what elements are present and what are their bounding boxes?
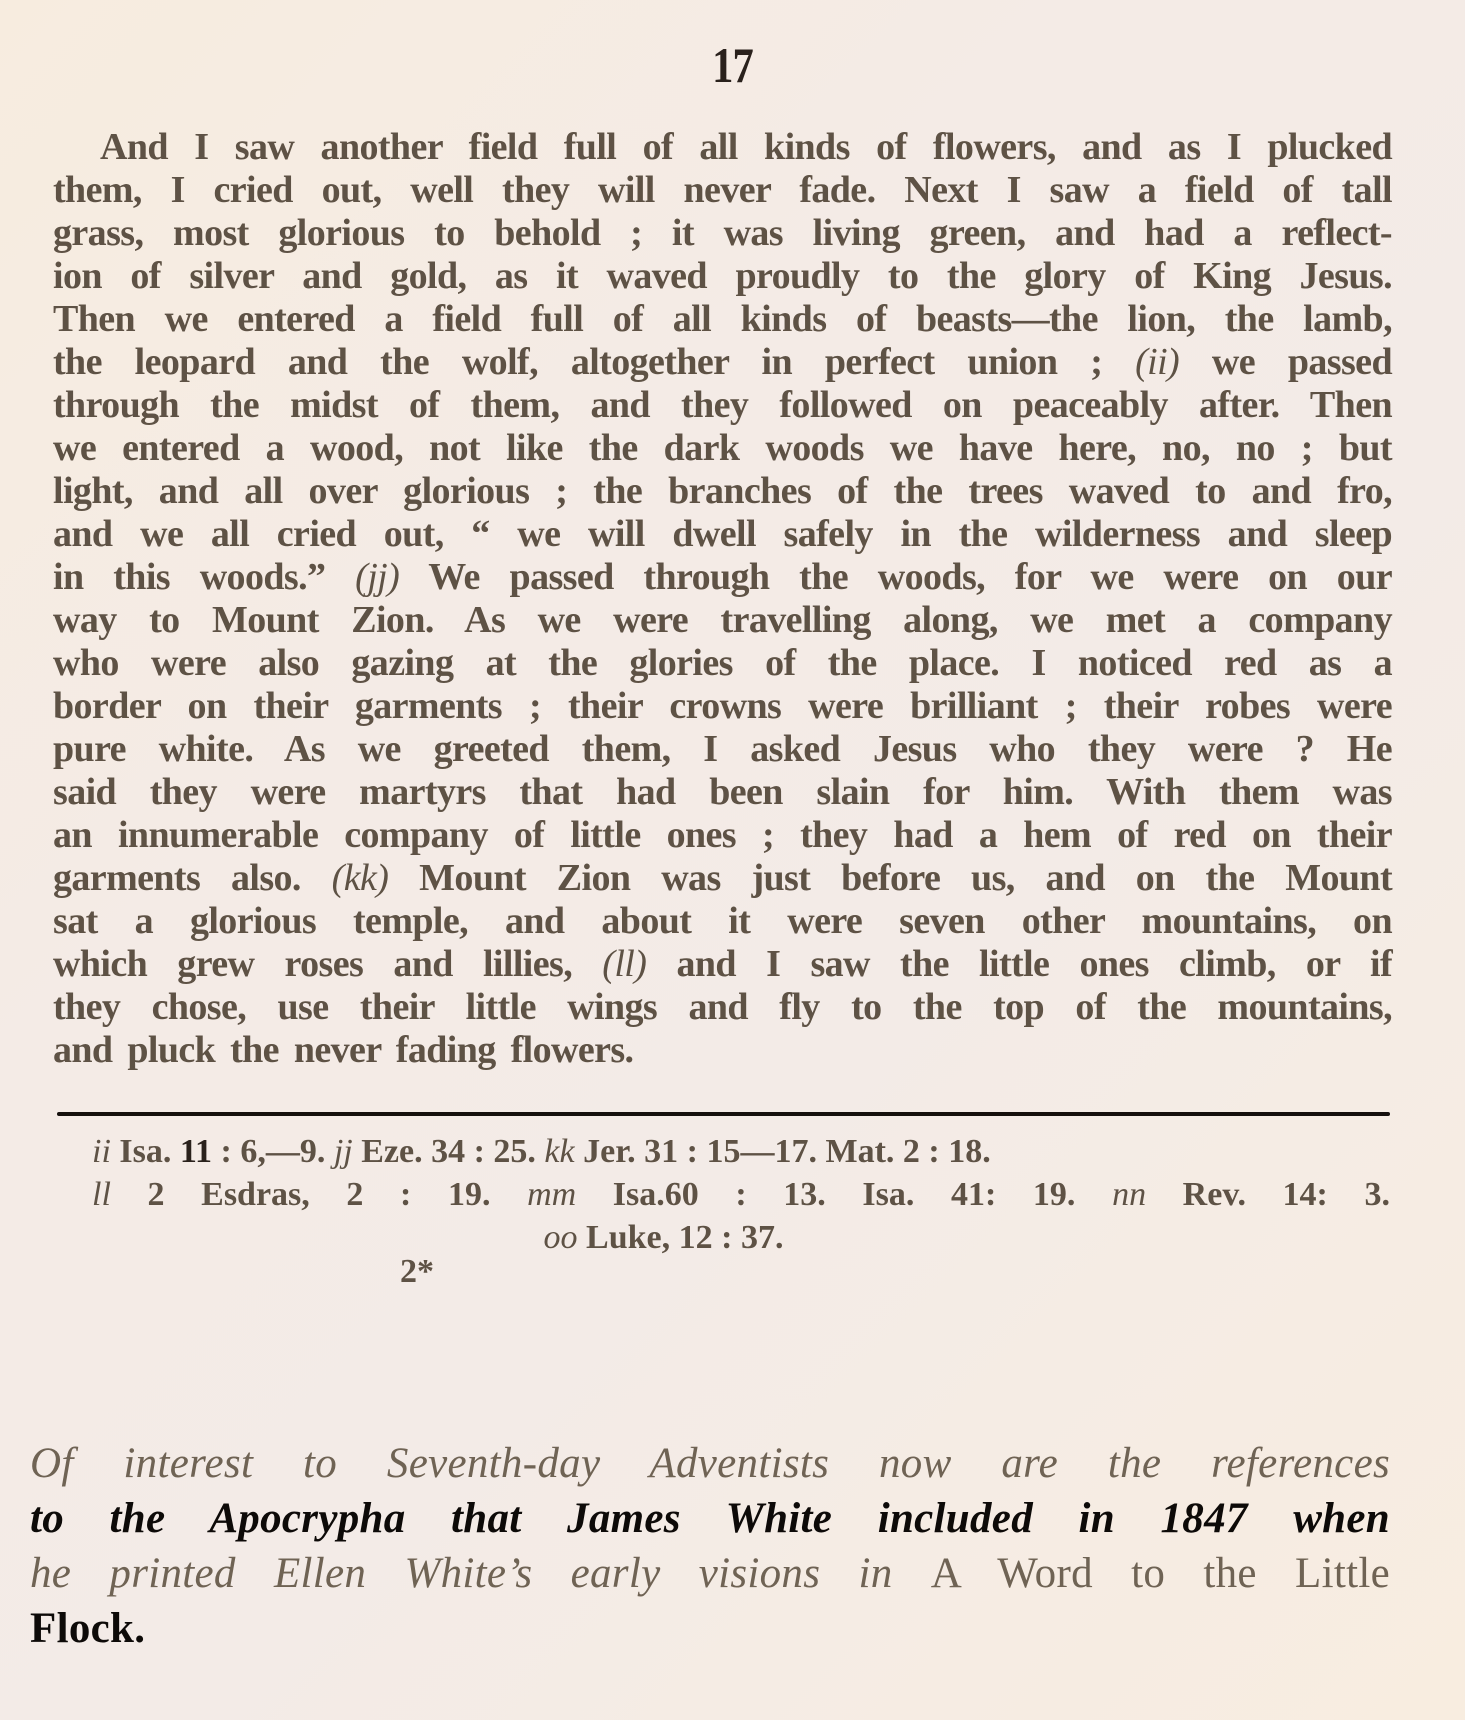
- body-line-text: and I saw the little ones climb, or if: [646, 943, 1392, 985]
- footnote-text: Isa.60 : 13. Isa. 41: 19.: [576, 1176, 1112, 1213]
- body-line: and we all cried out, “ we will dwell sa…: [53, 513, 1392, 556]
- signature-mark: 2*: [400, 1252, 434, 1292]
- body-line: in this woods.” (jj) We passed through t…: [53, 556, 1392, 599]
- footnote-text: Isa.: [111, 1133, 180, 1170]
- body-line-text: the leopard and the wolf, altogether in …: [53, 341, 1102, 383]
- footnote-line: oo Luke, 12 : 37.: [57, 1216, 1390, 1259]
- body-line: ion of silver and gold, as it waved prou…: [53, 255, 1392, 298]
- body-line: an innumerable company of little ones ; …: [53, 814, 1392, 857]
- body-line-text: We passed through the woods, for we were…: [399, 556, 1392, 598]
- body-line: and pluck the never fading flowers.: [53, 1029, 1392, 1072]
- footnote-marker: oo: [544, 1219, 578, 1256]
- footnote-ref-jj: (jj): [355, 556, 399, 598]
- body-line-text: garments also.: [53, 857, 301, 899]
- footnote-line: ii Isa. 11 : 6,—9. jj Eze. 34 : 25. kk J…: [57, 1130, 1390, 1173]
- page-number: 17: [110, 40, 1355, 90]
- body-line: the leopard and the wolf, altogether in …: [53, 341, 1392, 384]
- footnote-chapter-bold: 11: [180, 1133, 212, 1170]
- body-line: sat a glorious temple, and about it were…: [53, 900, 1392, 943]
- body-line-text: which grew roses and lillies,: [53, 943, 572, 985]
- footnote-text: 2 Esdras, 2 : 19.: [111, 1176, 527, 1213]
- body-line-text: we passed: [1179, 341, 1392, 383]
- footnote-ref-kk: (kk): [332, 857, 389, 899]
- body-line: through the midst of them, and they foll…: [53, 384, 1392, 427]
- footnote-text: Rev. 14: 3.: [1146, 1176, 1390, 1213]
- body-line: which grew roses and lillies, (ll) and I…: [53, 943, 1392, 986]
- body-line: border on their garments ; their crowns …: [53, 685, 1392, 728]
- book-title: Flock.: [30, 1605, 145, 1652]
- footnote-marker: ll: [92, 1176, 111, 1213]
- caption-line: Of interest to Seventh-day Adventists no…: [30, 1436, 1390, 1491]
- footnote-marker: ii: [92, 1133, 111, 1170]
- caption: Of interest to Seventh-day Adventists no…: [30, 1436, 1390, 1656]
- body-line: garments also. (kk) Mount Zion was just …: [53, 857, 1392, 900]
- caption-line: he printed Ellen White’s early visions i…: [30, 1546, 1390, 1601]
- body-line: Then we entered a field full of all kind…: [53, 298, 1392, 341]
- footnote-divider: [57, 1112, 1390, 1116]
- body-line: we entered a wood, not like the dark woo…: [53, 427, 1392, 470]
- footnote-marker: nn: [1112, 1176, 1146, 1213]
- footnote-marker: mm: [527, 1176, 576, 1213]
- footnote-ref-ll: (ll): [602, 943, 646, 985]
- body-line: they chose, use their little wings and f…: [53, 986, 1392, 1029]
- footnote-text: Eze. 34 : 25.: [353, 1133, 545, 1170]
- footnote-marker: kk: [544, 1133, 574, 1170]
- footnote-text: : 6,—9.: [212, 1133, 334, 1170]
- body-line: who were also gazing at the glories of t…: [53, 642, 1392, 685]
- footnotes: ii Isa. 11 : 6,—9. jj Eze. 34 : 25. kk J…: [57, 1130, 1390, 1259]
- footnote-ref-ii: (ii): [1135, 341, 1179, 383]
- footnote-marker: jj: [334, 1133, 353, 1170]
- body-line: said they were martyrs that had been sla…: [53, 771, 1392, 814]
- body-line: And I saw another field full of all kind…: [53, 126, 1392, 169]
- body-line: way to Mount Zion. As we were travelling…: [53, 599, 1392, 642]
- body-line-text: Mount Zion was just before us, and on th…: [388, 857, 1392, 899]
- footnote-text: Luke, 12 : 37.: [578, 1219, 784, 1256]
- book-title: A Word to the Little: [931, 1550, 1390, 1597]
- body-paragraph: And I saw another field full of all kind…: [53, 126, 1392, 1072]
- body-line-text: in this woods.”: [53, 556, 325, 598]
- caption-line: Flock.: [30, 1601, 1390, 1656]
- body-line: them, I cried out, well they will never …: [53, 169, 1392, 212]
- body-line: pure white. As we greeted them, I asked …: [53, 728, 1392, 771]
- caption-line: to the Apocrypha that James White includ…: [30, 1491, 1390, 1546]
- caption-text: he printed Ellen White’s early visions i…: [30, 1550, 931, 1597]
- body-line: grass, most glorious to behold ; it was …: [53, 212, 1392, 255]
- footnote-text: Jer. 31 : 15—17. Mat. 2 : 18.: [575, 1133, 991, 1170]
- body-line: light, and all over glorious ; the branc…: [53, 470, 1392, 513]
- footnote-line: ll 2 Esdras, 2 : 19. mm Isa.60 : 13. Isa…: [57, 1173, 1390, 1216]
